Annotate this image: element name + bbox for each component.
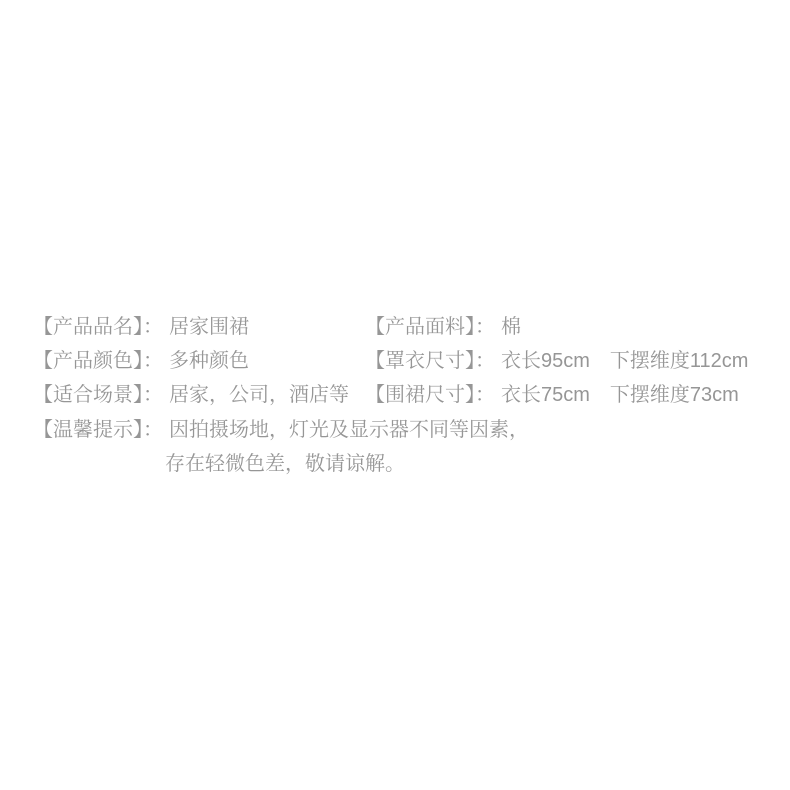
- spec-value-product-name: 居家围裙: [169, 316, 249, 338]
- spec-colon: ：: [143, 316, 169, 338]
- spec-label-apron-size: 【围裙尺寸】: [365, 384, 475, 406]
- spec-label-product-name: 【产品品名】: [33, 316, 143, 338]
- spec-label-notice: 【温馨提示】: [33, 419, 143, 441]
- spec-label-fabric: 【产品面料】: [365, 316, 475, 338]
- spec-cell-color: 【产品颜色】：多种颜色: [33, 349, 249, 373]
- spec-colon: ：: [475, 350, 501, 372]
- spec-colon: ：: [475, 316, 501, 338]
- spec-colon: ：: [143, 350, 169, 372]
- product-spec-block: 【产品品名】：居家围裙 【产品面料】：棉 【产品颜色】：多种颜色 【罩衣尺寸】：…: [33, 315, 790, 485]
- spec-label-color: 【产品颜色】: [33, 350, 143, 372]
- spec-row-color: 【产品颜色】：多种颜色 【罩衣尺寸】：衣长95cm 下摆维度112cm: [33, 349, 249, 373]
- spec-value-scene: 居家，公司，酒店等: [169, 384, 349, 406]
- spec-cell-scene: 【适合场景】：居家，公司，酒店等: [33, 383, 349, 407]
- spec-cell-product-name: 【产品品名】：居家围裙: [33, 315, 249, 339]
- spec-value-smock-size: 衣长95cm 下摆维度112cm: [501, 350, 748, 372]
- spec-cell-notice: 【温馨提示】：因拍摄场地，灯光及显示器不同等因素，: [33, 418, 529, 442]
- spec-label-smock-size: 【罩衣尺寸】: [365, 350, 475, 372]
- spec-colon: ：: [143, 419, 169, 441]
- spec-value-color: 多种颜色: [169, 350, 249, 372]
- spec-notice-line1: 因拍摄场地，灯光及显示器不同等因素，: [169, 419, 529, 441]
- spec-value-apron-size: 衣长75cm 下摆维度73cm: [501, 384, 739, 406]
- spec-cell-smock-size: 【罩衣尺寸】：衣长95cm 下摆维度112cm: [365, 349, 748, 373]
- spec-row-scene: 【适合场景】：居家，公司，酒店等 【围裙尺寸】：衣长75cm 下摆维度73cm: [33, 383, 349, 407]
- spec-colon: ：: [143, 384, 169, 406]
- spec-row-notice: 【温馨提示】：因拍摄场地，灯光及显示器不同等因素，: [33, 418, 529, 442]
- spec-cell-fabric: 【产品面料】：棉: [365, 315, 521, 339]
- spec-notice-line2: 存在轻微色差，敬请谅解。: [165, 453, 405, 475]
- spec-row-notice-continued: 存在轻微色差，敬请谅解。: [165, 452, 405, 476]
- spec-row-product-name: 【产品品名】：居家围裙 【产品面料】：棉: [33, 315, 249, 339]
- spec-cell-apron-size: 【围裙尺寸】：衣长75cm 下摆维度73cm: [365, 383, 739, 407]
- spec-colon: ：: [475, 384, 501, 406]
- product-description-image: 【产品品名】：居家围裙 【产品面料】：棉 【产品颜色】：多种颜色 【罩衣尺寸】：…: [0, 0, 790, 790]
- spec-value-fabric: 棉: [501, 316, 521, 338]
- spec-label-scene: 【适合场景】: [33, 384, 143, 406]
